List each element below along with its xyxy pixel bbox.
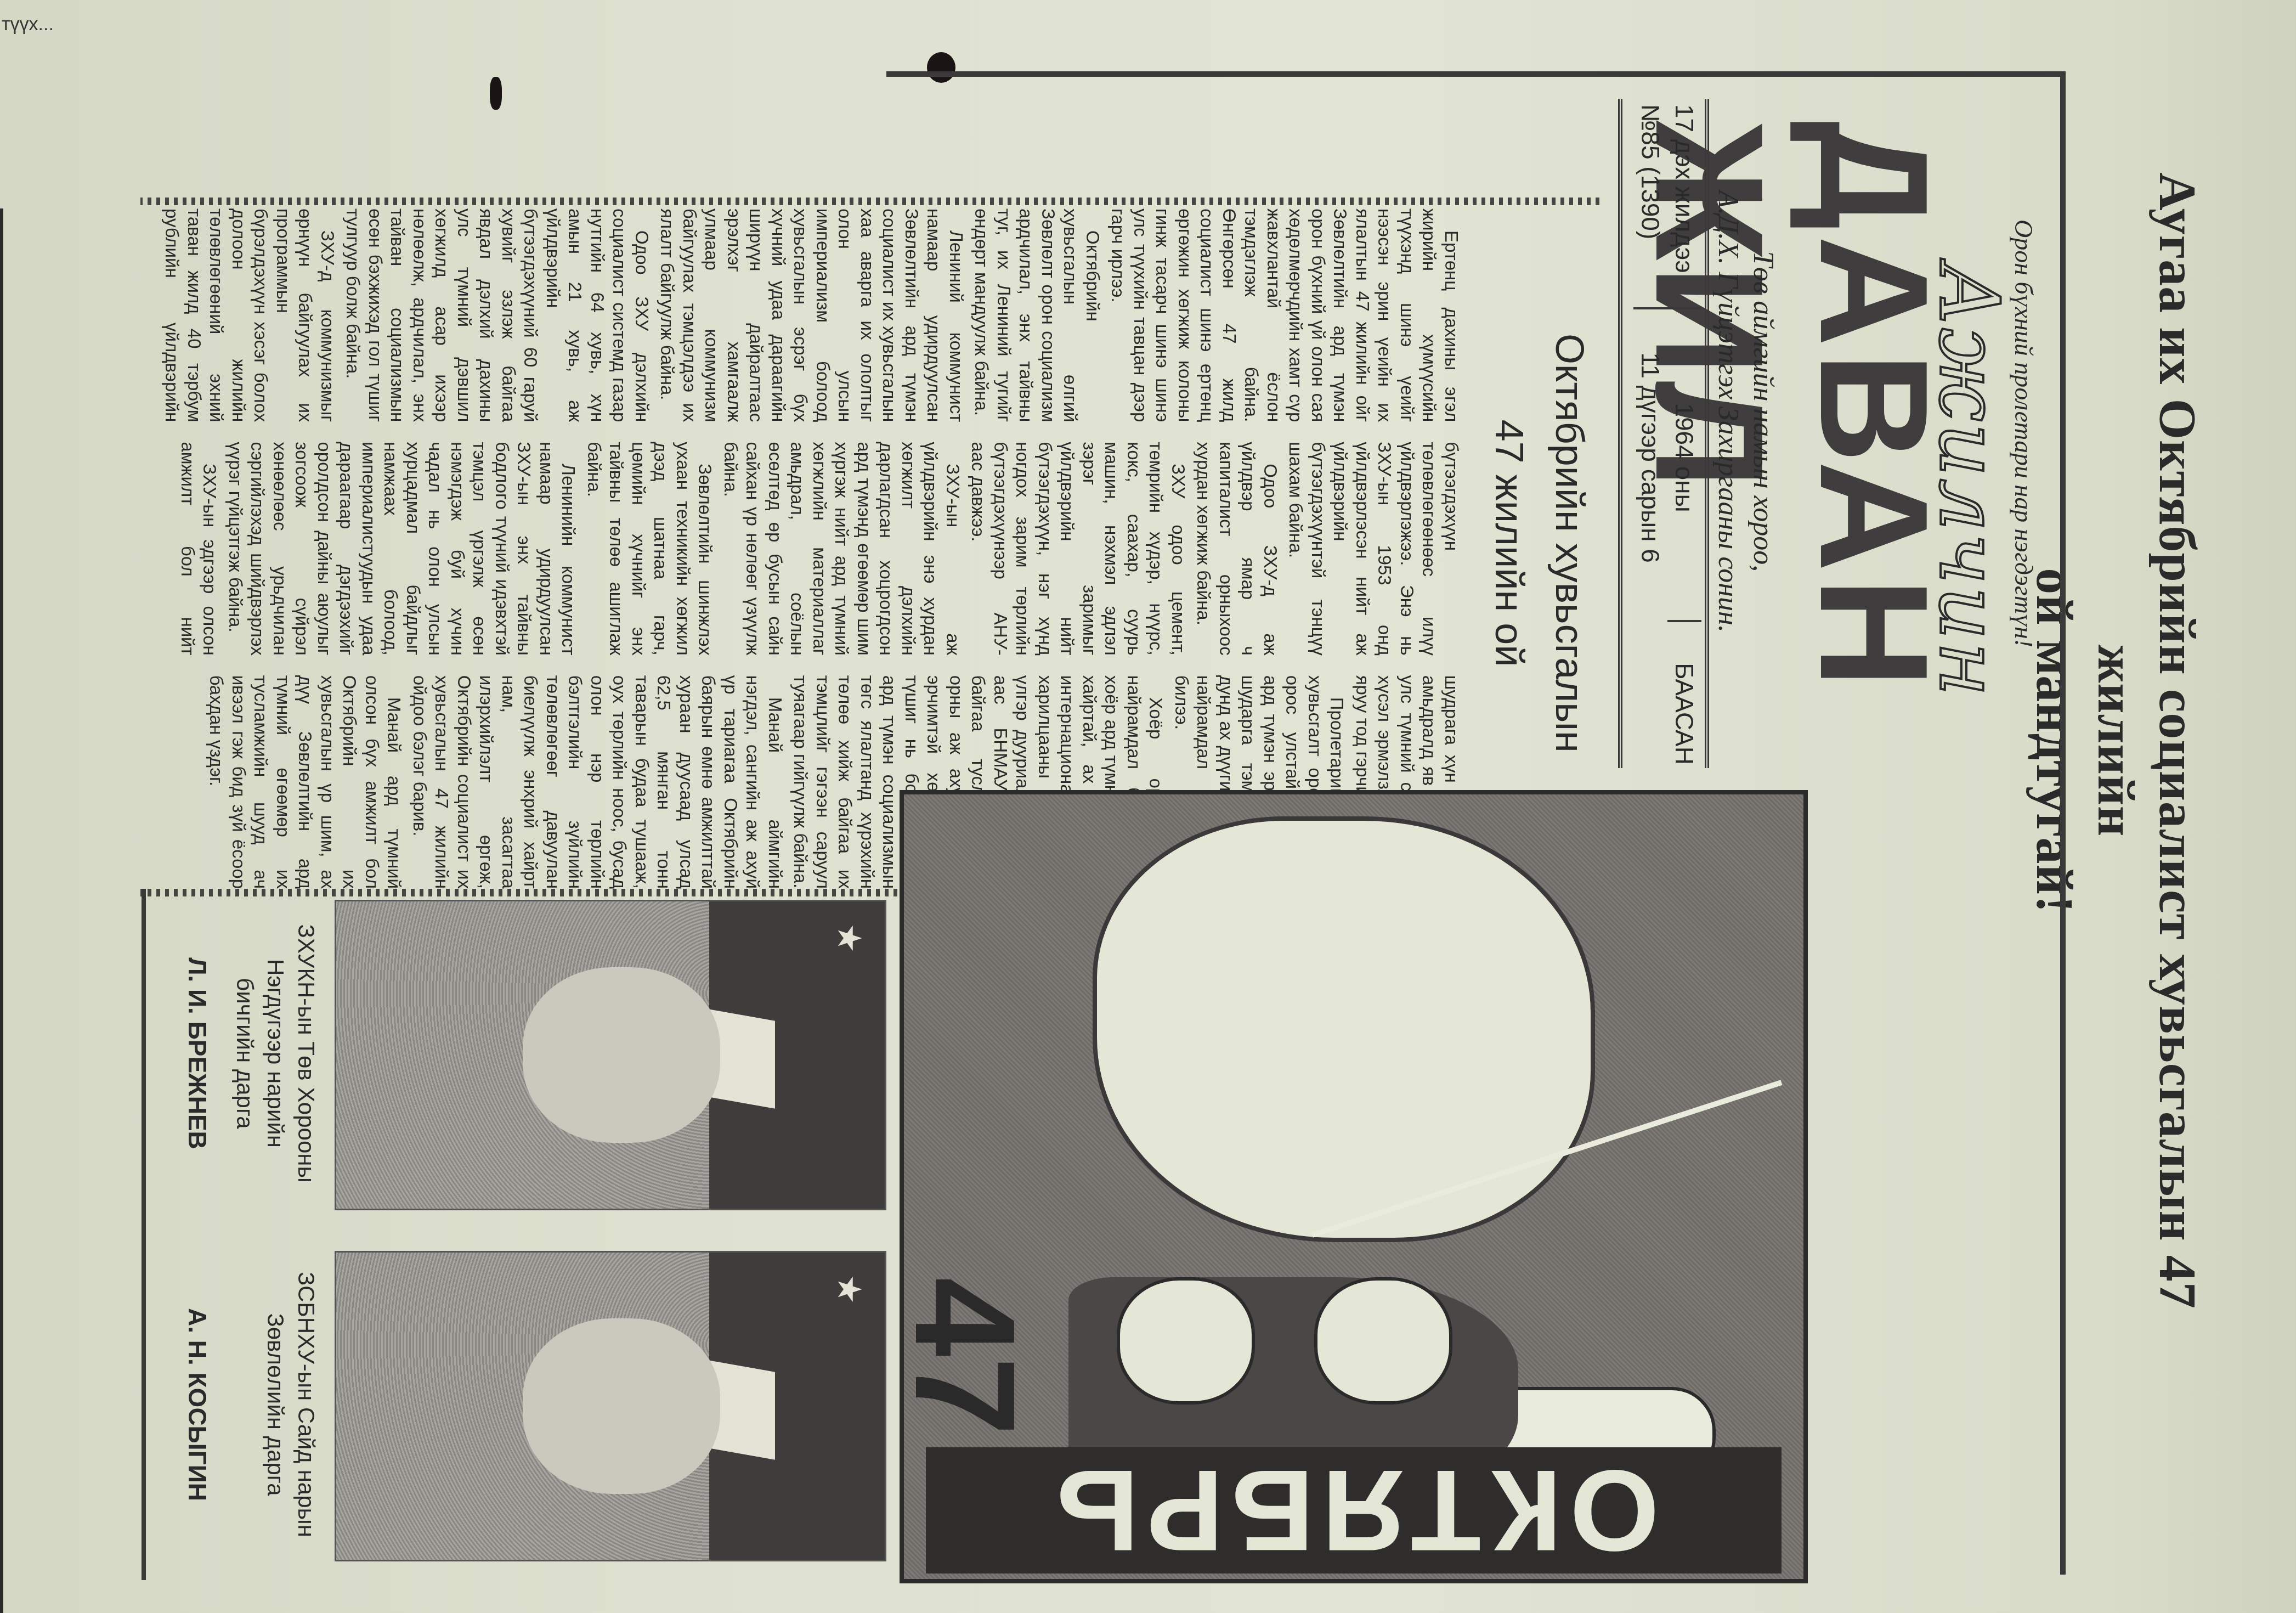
article-paragraph: ЗХУ одоо цемент, төмрийн хүдэр, нүүрс, к…: [967, 442, 1189, 655]
star-medal-icon: ★: [830, 1274, 868, 1304]
article-body: Ертөнц дахины эгэл жирийн хүмүүсийн түүх…: [146, 208, 1462, 889]
star-medal-icon: ★: [830, 923, 868, 953]
poster-word: ОКТЯБРЬ: [1048, 1444, 1659, 1577]
article-title-line-1: Октябрийн хувьсгалын: [1539, 208, 1599, 878]
worker-face-icon: [1117, 1277, 1255, 1405]
portrait-brezhnev: ★: [335, 900, 886, 1210]
frame-rule: [886, 71, 2066, 77]
caption-title-line: Зөвлөлийн дарга: [260, 1240, 291, 1569]
article-paragraph: Манай аймгийн нэгдэл, сангийн аж ахуй үр…: [409, 675, 787, 889]
october-poster-illustration: ОКТЯБРЬ 47: [900, 790, 1808, 1583]
newspaper-scan: түүх... Аугаа их Октябрийн социалист хув…: [0, 0, 2296, 1613]
masthead-subtitle-line-2: А.Д.Х. Гүйцэтгэх Захиргааны сонин.: [1710, 165, 1745, 658]
wavy-border: [140, 198, 1599, 205]
article-paragraph: Манай ард түмний олсон бүх амжилт бол Ок…: [205, 675, 405, 889]
article-paragraph: ЗХУ-ын аж үйлдвэрийн энэ хурдан хөгжилт …: [720, 442, 964, 655]
issue-bar: 17 дэх жилдээ №85 (1390) 1964 оны 11 дүг…: [1618, 99, 1709, 768]
caption-title-line: Нэгдүгээр нарийн: [260, 889, 291, 1218]
issue-year: 1964 оны: [1667, 309, 1701, 606]
article-title-line-2: 47 жилийн ой: [1479, 208, 1539, 878]
article-paragraph: Ленинийн коммунист намаар удирдуулсан ЗХ…: [224, 442, 580, 655]
face-shape: [523, 1318, 720, 1494]
issue-weekday: БААСАН: [1667, 620, 1701, 765]
portraits: ★ ★: [316, 900, 886, 1580]
article-paragraph: Ертөнц дахины эгэл жирийн хүмүүсийн түүх…: [1107, 208, 1462, 422]
headline: Аугаа их Октябрийн социалист хувьсгалын …: [2024, 82, 2208, 1399]
article-paragraph: Одоо ЗХУ дэлхийн социалист системд газар…: [342, 208, 653, 422]
article-paragraph: Лениний коммунист намаар удирдуулсан Зөв…: [656, 208, 967, 422]
issue-date: 11 дүгээр сарын 6: [1633, 309, 1667, 606]
caption-title-line: бичгийн дарга: [229, 889, 260, 1218]
poster-number: 47: [900, 1277, 1047, 1436]
caption-title-line: ЗСБНХУ-ын Сайд нарын: [291, 1240, 321, 1569]
frame-rule: [142, 889, 146, 1580]
newspaper-page: Аугаа их Октябрийн социалист хувьсгалын …: [0, 0, 2296, 1613]
article-paragraph: Одоо ЗХУ-д аж үйлдвэр ямар ч капиталист …: [1192, 442, 1281, 655]
headline-line-1: Аугаа их Октябрийн социалист хувьсгалын …: [2085, 82, 2208, 1399]
issue-volume: 17 дэх жилдээ: [1667, 104, 1701, 291]
caption-brezhnev: ЗХУКН-ын Төв Хорооны Нэгдүгээр нарийн би…: [182, 889, 321, 1218]
caption-name: А. Н. КОСЫГИН: [182, 1240, 213, 1569]
masthead: Орон бүхний пролетари нар нэгдэгтүн! Ажи…: [1610, 99, 2038, 757]
issue-date-block: 1964 оны 11 дүгээр сарын 6: [1633, 307, 1701, 606]
masthead-subtitle-line-1: Төв аймгийн намын хороо,: [1745, 165, 1780, 658]
article-title: Октябрийн хувьсгалын 47 жилийн ой: [1479, 208, 1599, 878]
portrait-captions: ЗХУКН-ын Төв Хорооны Нэгдүгээр нарийн би…: [157, 889, 321, 1580]
caption-title-line: ЗХУКН-ын Төв Хорооны: [291, 889, 321, 1218]
article-paragraph: Зөвлөлтийн шинжлэх ухаан техникийн хөгжи…: [583, 442, 716, 655]
article-paragraph: Октябрийн хувьсгалын өлгий Зөвлөлт орон …: [970, 208, 1104, 422]
globe-map-icon: [1093, 816, 1595, 1242]
face-shape: [523, 967, 720, 1143]
poster-word-block: ОКТЯБРЬ: [926, 1447, 1782, 1573]
caption-name: Л. И. БРЕЖНЕВ: [182, 889, 213, 1218]
frame-rule: [2060, 71, 2066, 1575]
worker-face-icon: [1314, 1277, 1452, 1405]
issue-volume-block: 17 дэх жилдээ №85 (1390): [1633, 104, 1701, 291]
portrait-kosygin: ★: [335, 1251, 886, 1561]
issue-number: №85 (1390): [1633, 104, 1667, 291]
masthead-subtitle: Төв аймгийн намын хороо, А.Д.Х. Гүйцэтгэ…: [1710, 165, 1780, 658]
caption-kosygin: ЗСБНХУ-ын Сайд нарын Зөвлөлийн дарга А. …: [182, 1240, 321, 1569]
